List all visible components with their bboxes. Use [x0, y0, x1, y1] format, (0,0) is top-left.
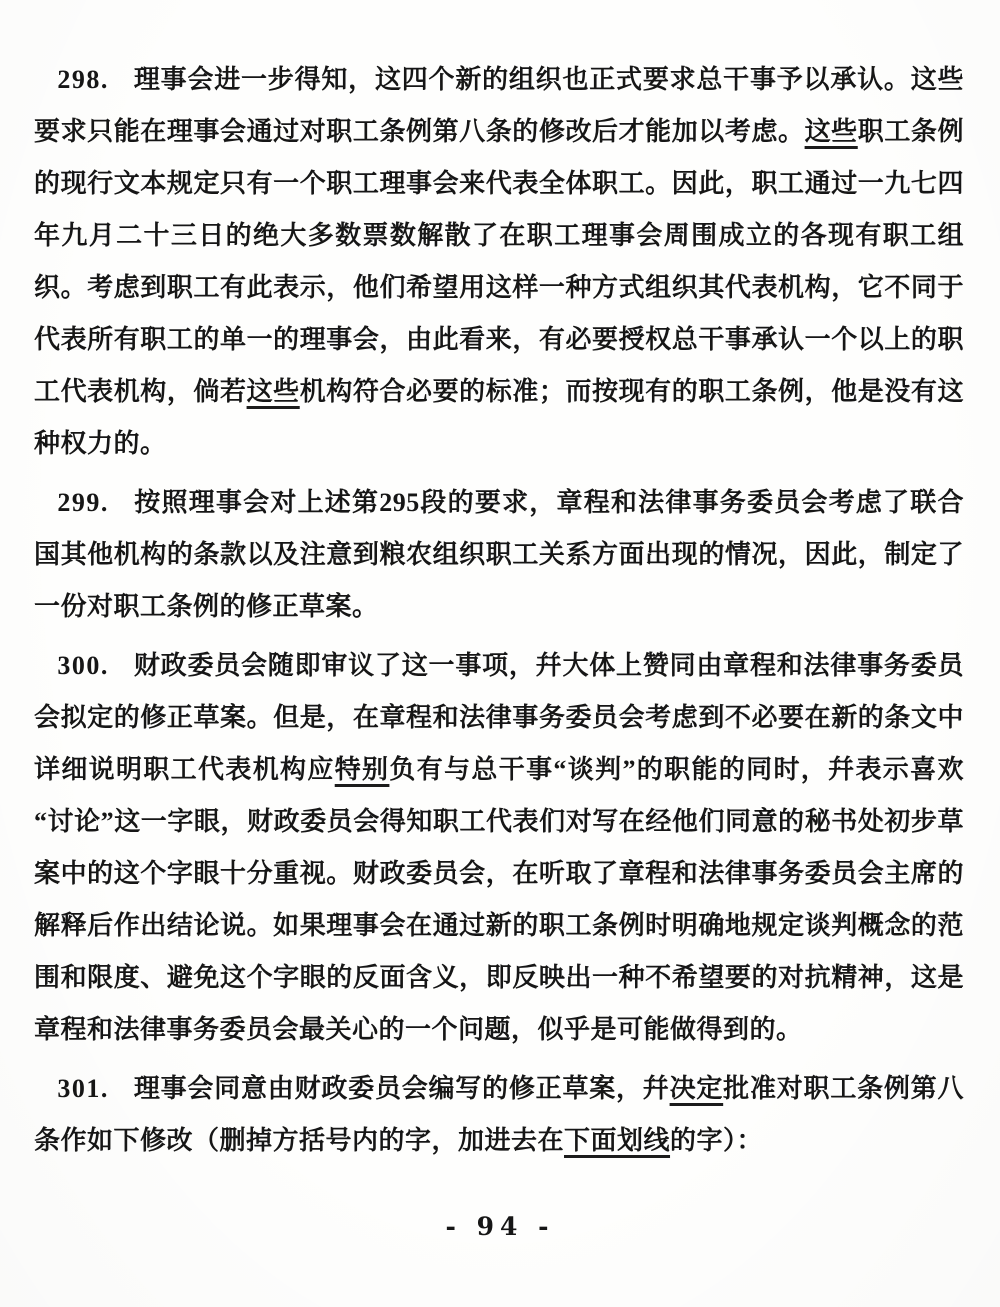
text-segment: 负有与总干事“谈判”的职能的同时，幷表示喜欢“讨论”这一字眼，财政委员会得知职工… [34, 755, 964, 1044]
underlined-text-segment: 决定 [670, 1074, 724, 1103]
underlined-text-segment: 这些 [247, 377, 300, 406]
document-page: 298.理事会进一步得知，这四个新的组织也正式要求总干事予以承认。这些要求只能在… [0, 0, 1000, 1307]
paragraph: 301.理事会同意由财政委员会编写的修正草案，幷决定批准对职工条例第八条作如下修… [34, 1063, 964, 1167]
paragraph-number: 298. [57, 65, 109, 94]
underlined-text-segment: 特别 [335, 755, 390, 784]
paragraph-number: 300. [57, 651, 109, 680]
paragraph: 298.理事会进一步得知，这四个新的组织也正式要求总干事予以承认。这些要求只能在… [34, 54, 964, 470]
paragraph-number: 299. [57, 488, 109, 517]
paragraph-number: 301. [57, 1074, 109, 1103]
text-segment: 理事会同意由财政委员会编写的修正草案，幷 [134, 1074, 670, 1103]
text-segment: 的字）： [670, 1126, 763, 1155]
text-segment: 职工条例的现行文本规定只有一个职工理事会来代表全体职工。因此，职工通过一九七四年… [34, 117, 964, 406]
text-segment: 按照理事会对上述第295段的要求，章程和法律事务委员会考虑了联合国其他机构的条款… [34, 488, 964, 621]
document-body: 298.理事会进一步得知，这四个新的组织也正式要求总干事予以承认。这些要求只能在… [34, 54, 964, 1167]
paragraph: 300.财政委员会随即审议了这一事项，幷大体上赞同由章程和法律事务委员会拟定的修… [34, 640, 964, 1056]
underlined-text-segment: 下面划线 [564, 1126, 670, 1155]
document-content: 298.理事会进一步得知，这四个新的组织也正式要求总干事予以承认。这些要求只能在… [0, 0, 1000, 1167]
underlined-text-segment: 这些 [805, 117, 858, 146]
paragraph: 299.按照理事会对上述第295段的要求，章程和法律事务委员会考虑了联合国其他机… [34, 477, 964, 633]
page-number: - 94 - [0, 1212, 1000, 1241]
